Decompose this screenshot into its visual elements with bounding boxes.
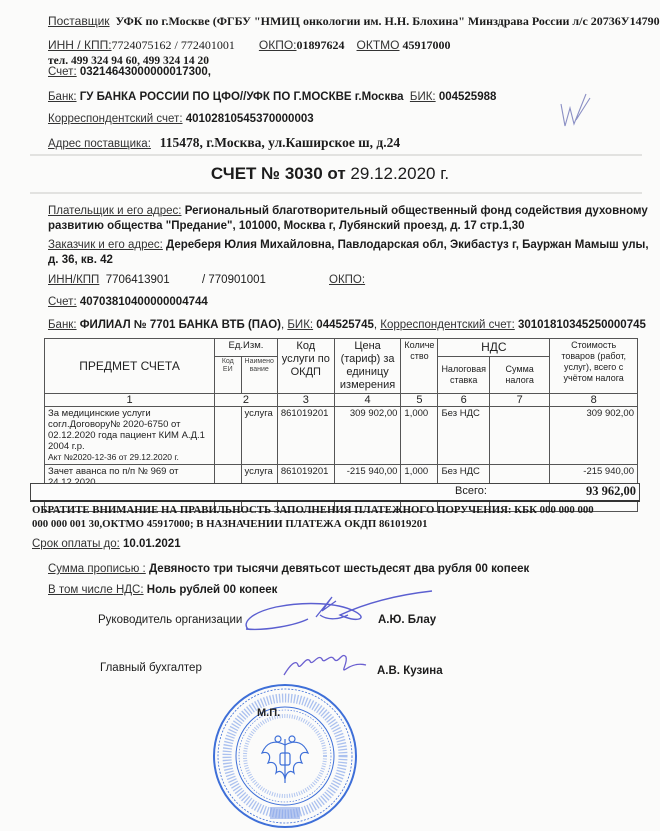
row-total: 309 902,00: [550, 407, 638, 465]
supplier-address-line: Адрес поставщика: 115478, г.Москва, ул.К…: [48, 134, 400, 152]
supplier-address: 115478, г.Москва, ул.Каширское ш, д.24: [160, 135, 400, 150]
total-value: 93 962,00: [586, 484, 636, 499]
accountant-name: А.В. Кузина: [377, 665, 443, 677]
row-vat-rate: Без НДС: [438, 407, 490, 465]
due-date: 10.01.2021: [123, 538, 181, 550]
header-unit-code: Код ЕИ: [215, 357, 242, 394]
col-number: 7: [489, 394, 549, 407]
customer-account-line: Счет: 40703810400000004744: [48, 296, 208, 308]
supplier-corr-label: Корреспондентский счет:: [48, 113, 183, 125]
customer-inn-label: ИНН/КПП: [48, 274, 99, 286]
payment-notice-line-1: ОБРАТИТЕ ВНИМАНИЕ НА ПРАВИЛЬНОСТЬ ЗАПОЛН…: [32, 504, 594, 516]
col-number: 3: [277, 394, 334, 407]
row-price: 309 902,00: [334, 407, 401, 465]
vat-words-label: В том числе НДС:: [48, 584, 144, 596]
supplier-corr-line: Корреспондентский счет: 4010281054537000…: [48, 113, 314, 125]
total-row: Всего: 93 962,00: [30, 483, 640, 502]
header-vat: НДС: [438, 339, 550, 357]
supplier-bank-label: Банк:: [48, 91, 77, 103]
customer-corr: 30101810345250000745: [518, 319, 646, 331]
customer-bik-label: БИК:: [287, 319, 313, 331]
amount-words-label: Сумма прописью :: [48, 563, 146, 575]
stamp-label: М.П.: [257, 707, 280, 719]
director-signature-icon: [236, 585, 436, 635]
payer-line-1: Плательщик и его адрес: Региональный бла…: [48, 205, 648, 217]
supplier-oktmo: 45917000: [403, 38, 451, 52]
customer-corr-label: Корреспондентский счет:: [380, 319, 515, 331]
payer-label: Плательщик и его адрес:: [48, 205, 181, 217]
col-number: 2: [215, 394, 278, 407]
customer-bank: ФИЛИАЛ № 7701 БАНКА ВТБ (ПАО): [80, 319, 281, 331]
invoice-date: 29.12.2020 г.: [350, 164, 449, 183]
supplier-account-label: Счет:: [48, 66, 77, 78]
supplier-bik: 004525988: [439, 91, 497, 103]
col-number: 6: [438, 394, 490, 407]
customer-bank-line: Банк: ФИЛИАЛ № 7701 БАНКА ВТБ (ПАО), БИК…: [48, 319, 646, 331]
invoice-number: СЧЕТ № 3030 от: [211, 164, 346, 183]
row-okdp: 861019201: [277, 407, 334, 465]
customer-account: 40703810400000004744: [80, 296, 208, 308]
supplier-account: 03214643000000017300,: [80, 66, 211, 78]
director-label: Руководитель организации: [98, 614, 242, 626]
amount-words-line: Сумма прописью : Девяносто три тысячи де…: [48, 563, 529, 575]
accountant-label: Главный бухгалтер: [100, 662, 202, 674]
header-vat-rate: Налоговая ставка: [438, 357, 490, 394]
divider: [30, 192, 642, 194]
customer-ids: ИНН/КПП 7706413901: [48, 274, 170, 286]
payment-notice-line-2: 000 000 001 30,ОКТМО 45917000; В НАЗНАЧЕ…: [32, 518, 428, 530]
official-stamp-icon: [212, 683, 358, 829]
row-qty: 1,000: [401, 407, 438, 465]
row-vat-sum: [489, 407, 549, 465]
payer-line-2: развитию общества "Предание", 101000, Мо…: [48, 220, 525, 232]
col-number: 5: [401, 394, 438, 407]
col-number: 8: [550, 394, 638, 407]
header-okdp: Код услуги по ОКДП: [277, 339, 334, 394]
header-total: Стоимость товаров (работ, услуг), всего …: [550, 339, 638, 394]
due-date-line: Срок оплаты до: 10.01.2021: [32, 538, 181, 550]
supplier-inn-kpp: 7724075162 / 772401001: [112, 38, 235, 52]
header-unit-name: Наимено вание: [241, 357, 277, 394]
approval-mark-icon: [556, 90, 596, 130]
row-subject-text: За медицинские услуги согл.Договору№ 202…: [48, 408, 211, 452]
header-vat-sum: Сумма налога: [489, 357, 549, 394]
customer-bank-label: Банк:: [48, 319, 77, 331]
customer-line-2: д. 36, кв. 42: [48, 254, 113, 266]
payer-name: Региональный благотворительный обществен…: [185, 205, 648, 217]
header-unit: Ед.Изм.: [215, 339, 278, 357]
supplier-account-line: Счет: 03214643000000017300,: [48, 66, 211, 78]
supplier-address-label: Адрес поставщика:: [48, 138, 151, 150]
supplier-corr: 40102810545370000003: [186, 113, 314, 125]
due-date-label: Срок оплаты до:: [32, 538, 120, 550]
header-qty: Количе ство: [401, 339, 438, 394]
header-price: Цена (тариф) за единицу измерения: [334, 339, 401, 394]
accountant-signature-icon: [280, 645, 370, 685]
customer-inn: 7706413901: [106, 274, 170, 286]
row-unit-code: [215, 407, 242, 465]
customer-bik: 044525745: [316, 319, 374, 331]
customer-label: Заказчик и его адрес:: [48, 239, 163, 251]
supplier-bank: ГУ БАНКА РОССИИ ПО ЦФО//УФК ПО Г.МОСКВЕ …: [80, 91, 404, 103]
row-subject: За медицинские услуги согл.Договору№ 202…: [45, 407, 215, 465]
supplier-line: Поставщик УФК по г.Москве (ФГБУ "НМИЦ он…: [48, 14, 660, 29]
invoice-title: СЧЕТ № 3030 от 29.12.2020 г.: [0, 164, 660, 184]
supplier-inn-label: ИНН / КПП:: [48, 38, 112, 52]
total-label: Всего:: [455, 485, 487, 497]
supplier-bank-line: Банк: ГУ БАНКА РОССИИ ПО ЦФО//УФК ПО Г.М…: [48, 91, 496, 103]
row-act: Акт №2020-12-36 от 29.12.2020 г.: [48, 452, 211, 463]
table-row: За медицинские услуги согл.Договору№ 202…: [45, 407, 638, 465]
col-number: 4: [334, 394, 401, 407]
supplier-name: УФК по г.Москве (ФГБУ "НМИЦ онкологии им…: [116, 14, 660, 28]
supplier-oktmo-label: ОКТМО: [357, 38, 400, 52]
supplier-label: Поставщик: [48, 14, 110, 28]
col-number: 1: [45, 394, 215, 407]
supplier-okpo-label: ОКПО:: [259, 38, 297, 52]
director-name: А.Ю. Блау: [378, 614, 436, 626]
customer-line-1: Заказчик и его адрес: Дереберя Юлия Миха…: [48, 239, 649, 251]
row-unit-name: услуга: [241, 407, 277, 465]
customer-kpp: / 770901001: [202, 274, 266, 286]
supplier-okpo: 01897624: [297, 38, 345, 52]
customer-okpo-label: ОКПО:: [329, 274, 365, 286]
supplier-bik-label: БИК:: [410, 91, 436, 103]
divider: [30, 154, 642, 156]
amount-words: Девяносто три тысячи девятьсот шестьдеся…: [149, 563, 529, 575]
customer-name: Дереберя Юлия Михайловна, Павлодарская о…: [166, 239, 648, 251]
customer-account-label: Счет:: [48, 296, 77, 308]
header-subject: ПРЕДМЕТ СЧЕТА: [45, 339, 215, 394]
supplier-ids: ИНН / КПП:7724075162 / 772401001 ОКПО:01…: [48, 38, 451, 53]
